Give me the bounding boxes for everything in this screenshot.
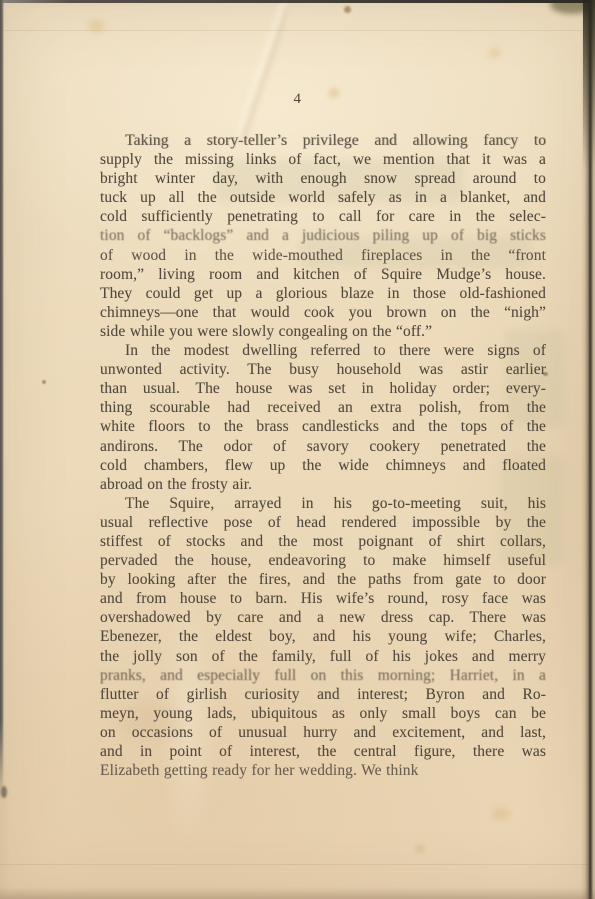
stain — [344, 6, 351, 13]
stain — [42, 380, 46, 384]
scan-line — [0, 864, 595, 865]
text-line: flutter of girlish curiosity and interes… — [100, 685, 546, 704]
scan-edge-left — [0, 0, 4, 800]
book-page-edge-top — [583, 0, 595, 170]
text-line: bright winter day, with enough snow spre… — [100, 169, 546, 188]
stain — [488, 48, 501, 58]
paragraph-2: In the modest dwelling referred to there… — [100, 341, 546, 494]
scan-edge-bottom — [0, 887, 595, 899]
text-line: the jolly son of the family, full of his… — [100, 647, 546, 666]
text-line: cold chambers, flew up the wide chimneys… — [100, 456, 546, 475]
text-line: stiffest of stocks and the most poignant… — [100, 532, 546, 551]
text-line: thing scourable had received an extra po… — [100, 398, 546, 417]
page-text: Taking a story-teller’s privilege and al… — [100, 131, 546, 780]
text-line: tion of “backlogs” and a judicious pilin… — [100, 226, 546, 245]
paragraph-3: The Squire, arrayed in his go-to-meeting… — [100, 494, 546, 780]
page-number: 4 — [0, 91, 595, 108]
text-line: chimneys—one that would cook you brown o… — [100, 303, 546, 322]
text-line: and in point of interest, the central fi… — [100, 742, 546, 761]
text-line: tuck up all the outside world safely as … — [100, 188, 546, 207]
text-line: room,” living room and kitchen of Squire… — [100, 265, 546, 284]
text-line: andirons. The odor of savory cookery pen… — [100, 437, 546, 456]
text-line: than usual. The house was set in holiday… — [100, 379, 546, 398]
text-line: white floors to the brass candlesticks a… — [100, 417, 546, 436]
text-line: supply the missing links of fact, we men… — [100, 150, 546, 169]
text-line: meyn, young lads, ubiquitous as only sma… — [100, 704, 546, 723]
text-line: and from house to barn. His wife’s round… — [100, 589, 546, 608]
text-line: The Squire, arrayed in his go-to-meeting… — [100, 494, 546, 513]
text-line: pranks, and especially full on this morn… — [100, 666, 546, 685]
paper-crease — [236, 0, 289, 141]
text-line: overshadowed by care and a new dress cap… — [100, 608, 546, 627]
scan-line — [0, 30, 595, 31]
text-line: In the modest dwelling referred to there… — [100, 341, 546, 360]
stain — [492, 808, 510, 820]
text-line: of wood in the wide-mouthed fireplaces i… — [100, 246, 546, 265]
text-line: Ebenezer, the eldest boy, and his young … — [100, 627, 546, 646]
stain — [88, 20, 105, 32]
stain — [415, 845, 425, 853]
text-line: pervaded the house, endeavoring to make … — [100, 551, 546, 570]
scan-edge-top — [0, 0, 595, 3]
text-line: usual reflective pose of head rendered i… — [100, 513, 546, 532]
text-line: on occasions of unusual hurry and excite… — [100, 723, 546, 742]
text-line: Elizabeth getting ready for her wedding.… — [100, 761, 546, 780]
text-line: side while you were slowly congealing on… — [100, 322, 546, 341]
text-line: abroad on the frosty air. — [100, 475, 546, 494]
text-line: They could get up a glorious blaze in th… — [100, 284, 546, 303]
scanned-book-page: 4 Taking a story-teller’s privilege and … — [0, 0, 595, 899]
text-line: Taking a story-teller’s privilege and al… — [100, 131, 546, 150]
text-line: unwonted activity. The busy household wa… — [100, 360, 546, 379]
text-line: cold sufficiently penetrating to call fo… — [100, 207, 546, 226]
paragraph-1: Taking a story-teller’s privilege and al… — [100, 131, 546, 341]
text-line: by looking after the fires, and the path… — [100, 570, 546, 589]
